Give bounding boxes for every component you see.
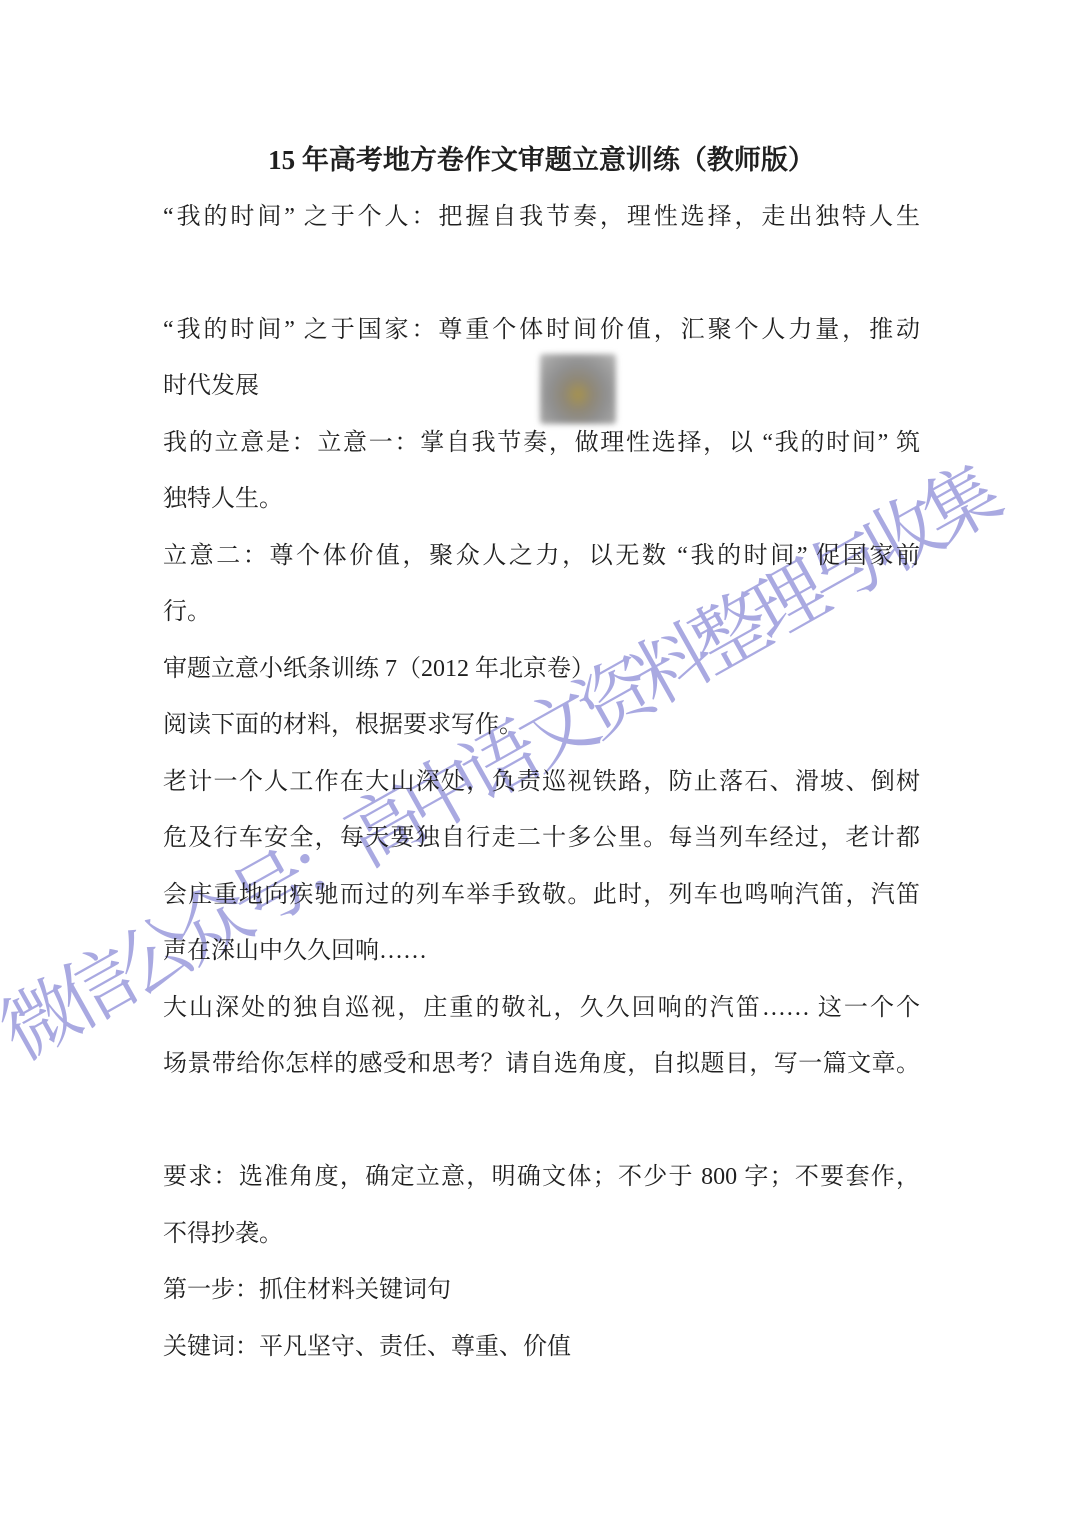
text-line: 声在深山中久久回响……: [163, 923, 920, 980]
text-line: “我的时间” 之于个人：把握自我节奏，理性选择，走出独特人生: [163, 189, 920, 246]
text-line: 独特人生。: [163, 471, 920, 528]
text-line: 立意二：尊个体价值，聚众人之力，以无数 “我的时间” 促国家前: [163, 528, 920, 585]
text-line: 行。: [163, 584, 920, 641]
text-line: 关键词：平凡坚守、责任、尊重、价值: [163, 1319, 920, 1376]
document-body: 15 年高考地方卷作文审题立意训练（教师版） “我的时间” 之于个人：把握自我节…: [163, 132, 920, 1375]
text-line: 审题立意小纸条训练 7（2012 年北京卷）: [163, 641, 920, 698]
blurred-image: [540, 354, 616, 424]
blank-line: [163, 1093, 920, 1150]
text-line: 场景带给你怎样的感受和思考？请自选角度，自拟题目，写一篇文章。: [163, 1036, 920, 1093]
text-line: 老计一个人工作在大山深处，负责巡视铁路，防止落石、滑坡、倒树: [163, 754, 920, 811]
text-line: 危及行车安全，每天要独自行走二十多公里。每当列车经过，老计都: [163, 810, 920, 867]
text-line: 会庄重地向疾驰而过的列车举手致敬。此时，列车也鸣响汽笛，汽笛: [163, 867, 920, 924]
text-line: 第一步：抓住材料关键词句: [163, 1262, 920, 1319]
text-line: 大山深处的独自巡视，庄重的敬礼，久久回响的汽笛…… 这一个个: [163, 980, 920, 1037]
blank-line: [163, 245, 920, 302]
text-line: 不得抄袭。: [163, 1206, 920, 1263]
text-line: 阅读下面的材料，根据要求写作。: [163, 697, 920, 754]
text-line: “我的时间” 之于国家：尊重个体时间价值，汇聚个人力量，推动: [163, 302, 920, 359]
text-line: 要求：选准角度，确定立意，明确文体；不少于 800 字；不要套作，: [163, 1149, 920, 1206]
document-page: 微信公众号：高中语文资料整理与收集 15 年高考地方卷作文审题立意训练（教师版）…: [0, 0, 1080, 1528]
page-title: 15 年高考地方卷作文审题立意训练（教师版）: [163, 132, 920, 189]
